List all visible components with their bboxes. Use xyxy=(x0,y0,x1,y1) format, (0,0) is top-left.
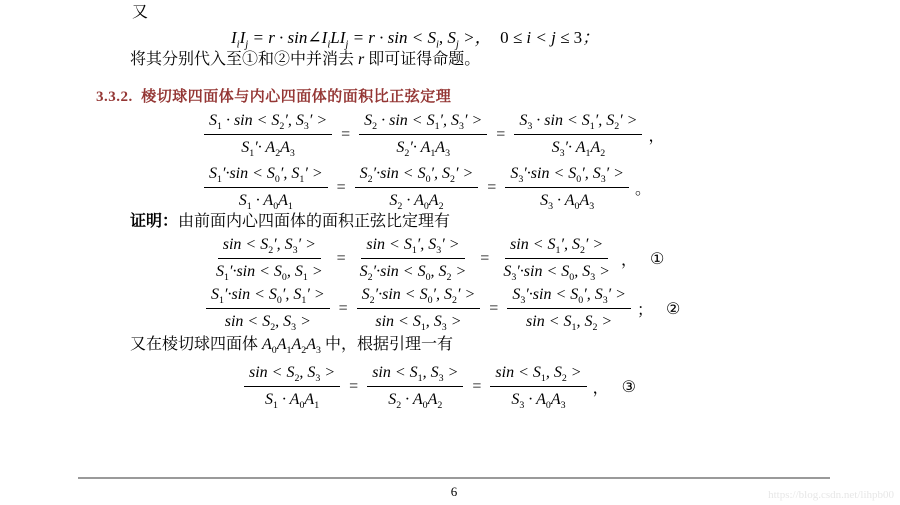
eq-circled-1: sin < S2′, S3′ > S1′·sin < S0, S1 > = si… xyxy=(209,234,664,283)
denominator: S2 · A0A2 xyxy=(383,387,447,411)
lemma-after: 中，根据引理一有 xyxy=(321,336,453,353)
fraction: sin < S2′, S3′ > S1′·sin < S0, S1 > xyxy=(211,234,328,283)
trailing-punctuation: ， xyxy=(621,247,637,270)
lemma-before: 又在棱切球四面体 xyxy=(130,336,262,353)
numerator: sin < S2, S3 > xyxy=(244,362,340,387)
section-heading: 3.3.2. 棱切球四面体与内心四面体的面积比正弦定理 xyxy=(96,85,451,106)
inline-formula: IiIj = r · sin∠IiLIj = r · sin < Si, Sj … xyxy=(231,23,599,48)
fraction: sin < S1′, S3′ > S2′·sin < S0, S2 > xyxy=(355,234,472,283)
page-number: 6 xyxy=(78,484,830,500)
denominator: S3′· A1A2 xyxy=(547,135,611,159)
denominator: S2 · A0A2 xyxy=(384,188,448,212)
denominator: S3′·sin < S0, S3 > xyxy=(498,259,615,283)
denominator: S3 · A0A3 xyxy=(506,387,570,411)
fraction: sin < S1, S2 > S3 · A0A3 xyxy=(490,362,586,411)
denominator: S1 · A0A1 xyxy=(234,188,298,212)
equals-sign: = xyxy=(339,300,348,318)
trailing-punctuation: ， xyxy=(593,375,609,398)
numerator: S2 · sin < S1′, S3′ > xyxy=(359,110,487,135)
denominator: sin < S2, S3 > xyxy=(220,309,316,333)
equals-sign: = xyxy=(349,378,358,396)
numerator: sin < S1′, S2′ > xyxy=(505,234,608,259)
fraction: S2 · sin < S1′, S3′ > S2′· A1A3 xyxy=(359,110,487,159)
numerator: S2′·sin < S0′, S2′ > xyxy=(355,163,479,188)
proof-line: 证明：由前面内心四面体的面积正弦比定理有 xyxy=(130,212,450,232)
equals-sign: = xyxy=(341,126,350,144)
numerator: S1′·sin < S0′, S1′ > xyxy=(204,163,328,188)
substitute-before: 将其分别代入至①和②中并消去 xyxy=(130,51,358,68)
equation-number-circled: ③ xyxy=(622,377,636,397)
equals-sign: = xyxy=(337,179,346,197)
trailing-punctuation: 。 xyxy=(635,176,651,199)
eq-theorem-1: S1 · sin < S2′, S3′ > S1′· A2A3 = S2 · s… xyxy=(202,110,664,159)
numerator: S3′·sin < S0′, S3′ > xyxy=(507,284,631,309)
denominator: sin < S1, S3 > xyxy=(370,309,466,333)
lemma-line: 又在棱切球四面体 A0A1A2A3 中，根据引理一有 xyxy=(130,335,453,355)
trailing-punctuation: ， xyxy=(648,123,664,146)
fraction: S1 · sin < S2′, S3′ > S1′· A2A3 xyxy=(204,110,332,159)
eq-circled-3: sin < S2, S3 > S1 · A0A1 = sin < S1, S3 … xyxy=(242,362,636,411)
watermark-url: https://blog.csdn.net/lihpb00 xyxy=(768,489,894,501)
numerator: sin < S1, S2 > xyxy=(490,362,586,387)
equals-sign: = xyxy=(472,378,481,396)
numerator: S3′·sin < S0′, S3′ > xyxy=(505,163,629,188)
numerator: S1 · sin < S2′, S3′ > xyxy=(204,110,332,135)
denominator: S1′· A2A3 xyxy=(236,135,300,159)
fraction: S1′·sin < S0′, S1′ > sin < S2, S3 > xyxy=(206,284,330,333)
equals-sign: = xyxy=(487,179,496,197)
numerator: sin < S1, S3 > xyxy=(367,362,463,387)
denominator: S1 · A0A1 xyxy=(260,387,324,411)
fraction: S2′·sin < S0′, S2′ > sin < S1, S3 > xyxy=(357,284,481,333)
eq-circled-2: S1′·sin < S0′, S1′ > sin < S2, S3 > = S2… xyxy=(204,284,680,333)
numerator: S3 · sin < S1′, S2′ > xyxy=(514,110,642,135)
trailing-punctuation: ； xyxy=(637,297,653,320)
denominator: S2′· A1A3 xyxy=(391,135,455,159)
document-page: 又 IiIj = r · sin∠IiLIj = r · sin < Si, S… xyxy=(0,0,900,505)
substitute-after: 即可证得命题。 xyxy=(364,51,480,68)
equals-sign: = xyxy=(489,300,498,318)
numerator: S1′·sin < S0′, S1′ > xyxy=(206,284,330,309)
proof-label: 证明： xyxy=(130,213,178,230)
equation-number-circled: ① xyxy=(650,249,664,269)
denominator: S1′·sin < S0, S1 > xyxy=(211,259,328,283)
denominator: S2′·sin < S0, S2 > xyxy=(355,259,472,283)
equals-sign: = xyxy=(480,250,489,268)
denominator: sin < S1, S2 > xyxy=(521,309,617,333)
fraction: sin < S1′, S2′ > S3′·sin < S0, S3 > xyxy=(498,234,615,283)
fraction: sin < S2, S3 > S1 · A0A1 xyxy=(244,362,340,411)
numerator: sin < S2′, S3′ > xyxy=(218,234,321,259)
numerator: S2′·sin < S0′, S2′ > xyxy=(357,284,481,309)
substitute-line: 将其分别代入至①和②中并消去 r 即可证得命题。 xyxy=(130,50,480,70)
numerator: sin < S1′, S3′ > xyxy=(361,234,464,259)
footer-rule xyxy=(78,477,830,479)
eq-theorem-2: S1′·sin < S0′, S1′ > S1 · A0A1 = S2′·sin… xyxy=(202,163,651,212)
fraction: S2′·sin < S0′, S2′ > S2 · A0A2 xyxy=(355,163,479,212)
equation-number-circled: ② xyxy=(666,299,680,319)
lemma-math: A0A1A2A3 xyxy=(262,336,321,353)
fraction: S3′·sin < S0′, S3′ > S3 · A0A3 xyxy=(505,163,629,212)
proof-text: 由前面内心四面体的面积正弦比定理有 xyxy=(178,213,450,230)
fraction: S3 · sin < S1′, S2′ > S3′· A1A2 xyxy=(514,110,642,159)
fraction: S3′·sin < S0′, S3′ > sin < S1, S2 > xyxy=(507,284,631,333)
denominator: S3 · A0A3 xyxy=(535,188,599,212)
equals-sign: = xyxy=(496,126,505,144)
intro-lead: 又 xyxy=(132,3,148,23)
equals-sign: = xyxy=(337,250,346,268)
fraction: S1′·sin < S0′, S1′ > S1 · A0A1 xyxy=(204,163,328,212)
fraction: sin < S1, S3 > S2 · A0A2 xyxy=(367,362,463,411)
